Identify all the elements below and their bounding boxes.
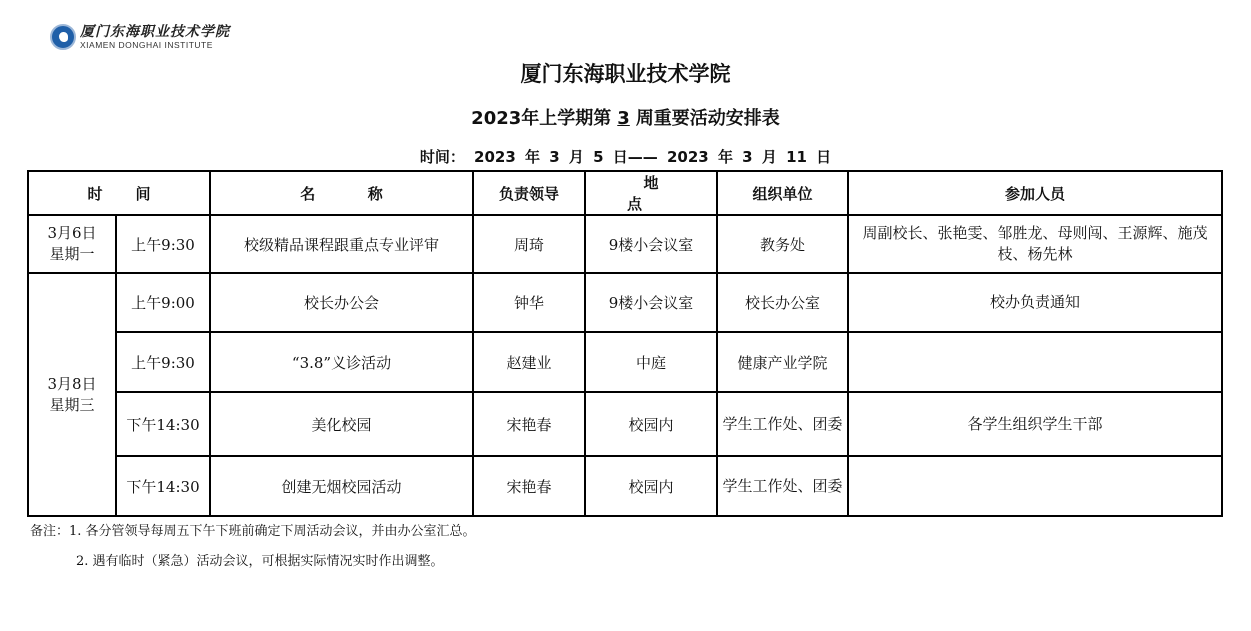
schedule-table: 时间 名称 负责领导 地点 组织单位 参加人员 3月6日 星期一 上午9:30 … — [27, 170, 1223, 517]
notes: 备注：1. 各分管领导每周五下午下班前确定下周活动会议，并由办公室汇总。 2. … — [30, 517, 476, 577]
column-header-participants: 参加人员 — [848, 171, 1222, 215]
time-cell: 上午9:30 — [116, 332, 210, 392]
participants-cell: 校办负责通知 — [848, 273, 1222, 332]
weekday: 星期一 — [49, 245, 94, 263]
page-subtitle: 2023年上学期第3周重要活动安排表 — [0, 104, 1251, 130]
leader-cell: 赵建业 — [473, 332, 585, 392]
week-number: 3 — [611, 108, 636, 129]
location-cell: 中庭 — [585, 332, 717, 392]
time-cell: 上午9:00 — [116, 273, 210, 332]
organizer-cell: 学生工作处、团委 — [717, 456, 848, 516]
note-line-1: 备注：1. 各分管领导每周五下午下班前确定下周活动会议，并由办公室汇总。 — [30, 517, 476, 547]
page-title: 厦门东海职业技术学院 — [0, 58, 1251, 88]
location-cell: 9楼小会议室 — [585, 215, 717, 273]
table-row: 下午14:30 创建无烟校园活动 宋艳春 校园内 学生工作处、团委 — [28, 456, 1222, 516]
table-row: 上午9:30 “3.8”义诊活动 赵建业 中庭 健康产业学院 — [28, 332, 1222, 392]
activity-name-cell: 创建无烟校园活动 — [210, 456, 473, 516]
location-cell: 9楼小会议室 — [585, 273, 717, 332]
activity-name-cell: 校级精品课程跟重点专业评审 — [210, 215, 473, 273]
column-header-name: 名称 — [210, 171, 473, 215]
time-cell: 下午14:30 — [116, 456, 210, 516]
leader-cell: 钟华 — [473, 273, 585, 332]
location-cell: 校园内 — [585, 456, 717, 516]
table-row: 3月6日 星期一 上午9:30 校级精品课程跟重点专业评审 周琦 9楼小会议室 … — [28, 215, 1222, 273]
institute-emblem-icon — [50, 24, 76, 50]
column-header-leader: 负责领导 — [473, 171, 585, 215]
weekday: 星期三 — [49, 396, 94, 414]
participants-cell: 周副校长、张艳雯、邹胜龙、母则闯、王源辉、施茂枝、杨先林 — [848, 215, 1222, 273]
participants-cell — [848, 456, 1222, 516]
note-line-2: 2. 遇有临时（紧急）活动会议，可根据实际情况实时作出调整。 — [30, 547, 476, 577]
subtitle-suffix: 周重要活动安排表 — [636, 108, 780, 129]
time-cell: 上午9:30 — [116, 215, 210, 273]
logo-name-en: XIAMEN DONGHAI INSTITUTE — [80, 40, 230, 50]
location-cell: 校园内 — [585, 392, 717, 456]
leader-cell: 宋艳春 — [473, 456, 585, 516]
date: 3月8日 — [47, 375, 96, 393]
column-header-time: 时间 — [28, 171, 210, 215]
activity-name-cell: “3.8”义诊活动 — [210, 332, 473, 392]
table-row: 3月8日 星期三 上午9:00 校长办公会 钟华 9楼小会议室 校长办公室 校办… — [28, 273, 1222, 332]
leader-cell: 周琦 — [473, 215, 585, 273]
column-header-organizer: 组织单位 — [717, 171, 848, 215]
logo-name-cn: 厦门东海职业技术学院 — [80, 24, 230, 40]
organizer-cell: 学生工作处、团委 — [717, 392, 848, 456]
organizer-cell: 健康产业学院 — [717, 332, 848, 392]
organizer-cell: 校长办公室 — [717, 273, 848, 332]
column-header-location: 地点 — [585, 171, 717, 215]
time-cell: 下午14:30 — [116, 392, 210, 456]
institute-logo: 厦门东海职业技术学院 XIAMEN DONGHAI INSTITUTE — [50, 24, 230, 50]
subtitle-prefix: 2023年上学期第 — [471, 108, 611, 129]
organizer-cell: 教务处 — [717, 215, 848, 273]
date-range: 时间： 2023 年 3 月 5 日—— 2023 年 3 月 11 日 — [0, 146, 1251, 167]
table-header-row: 时间 名称 负责领导 地点 组织单位 参加人员 — [28, 171, 1222, 215]
date-cell: 3月8日 星期三 — [28, 273, 116, 516]
participants-cell: 各学生组织学生干部 — [848, 392, 1222, 456]
activity-name-cell: 美化校园 — [210, 392, 473, 456]
date: 3月6日 — [47, 224, 96, 242]
participants-cell — [848, 332, 1222, 392]
leader-cell: 宋艳春 — [473, 392, 585, 456]
date-cell: 3月6日 星期一 — [28, 215, 116, 273]
table-row: 下午14:30 美化校园 宋艳春 校园内 学生工作处、团委 各学生组织学生干部 — [28, 392, 1222, 456]
activity-name-cell: 校长办公会 — [210, 273, 473, 332]
